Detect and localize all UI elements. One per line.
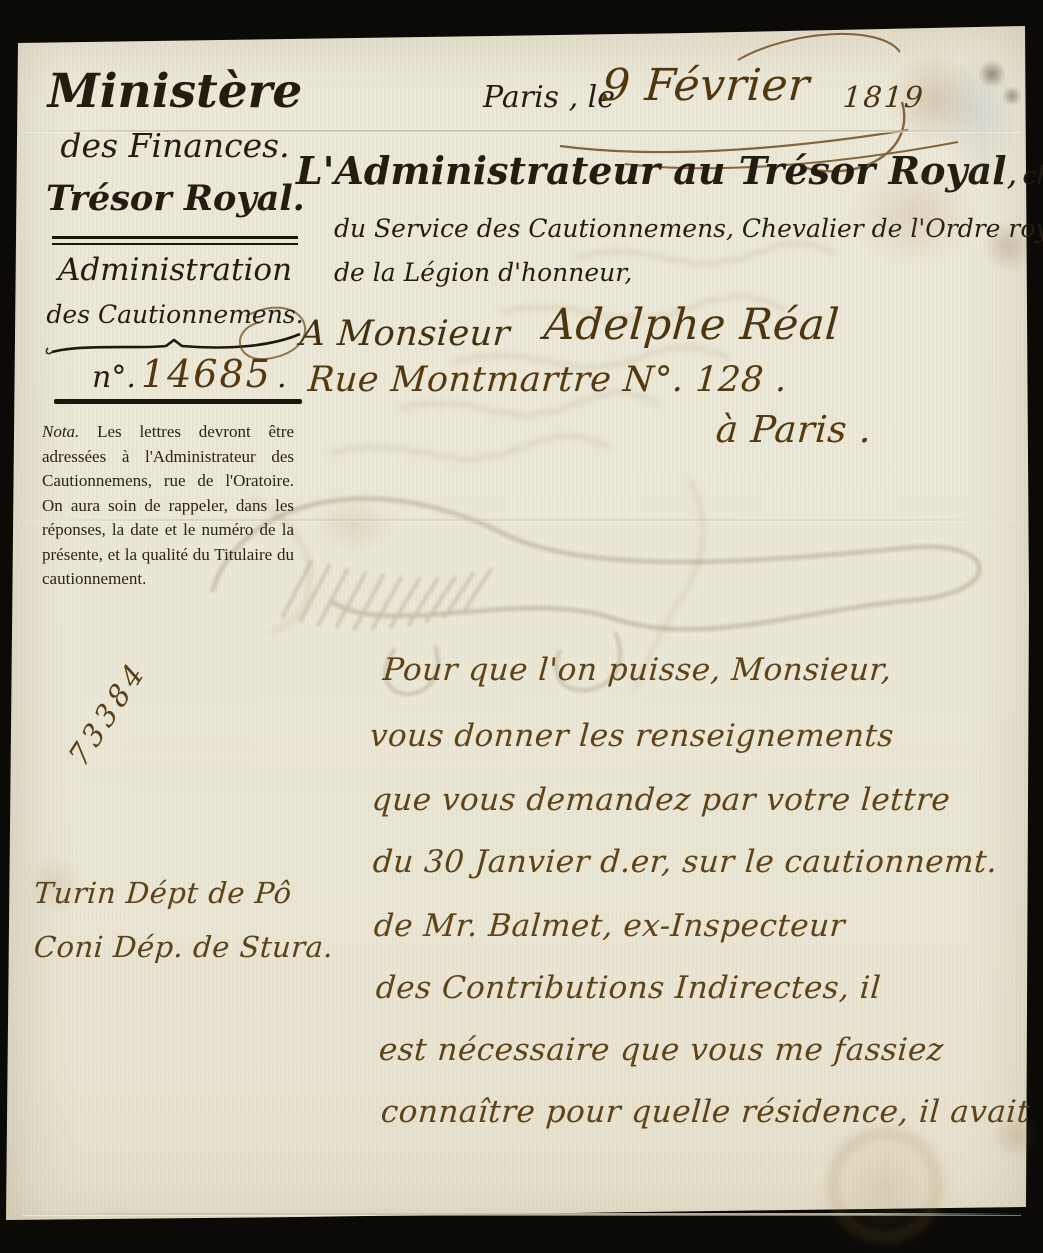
dateline-place-printed: Paris , le — [483, 80, 615, 115]
nota-text: Les lettres devront être adressées à l'A… — [42, 422, 294, 588]
title-main: L'Administrateur au Trésor Royal — [296, 148, 1007, 193]
title-line2: du Service des Cautionnemens, Chevalier … — [334, 214, 1043, 243]
nota-block: Nota. Les lettres devront être adressées… — [42, 420, 294, 592]
title-line3: de la Légion d'honneur, — [334, 258, 632, 287]
title-line1: L'Administrateur au Trésor Royal, chargé — [296, 148, 1043, 193]
letterhead-tresor-royal: Trésor Royal. — [46, 178, 304, 219]
recipient-name: Adelphe Réal — [542, 300, 841, 350]
body-line: de Mr. Balmet, ex-Inspecteur — [373, 908, 847, 944]
dossier-number-value: 14685 — [141, 352, 272, 396]
double-rule — [52, 236, 298, 245]
body-line: est nécessaire que vous me fassiez — [378, 1032, 945, 1068]
recipient-city: à Paris . — [714, 408, 873, 451]
recipient-salutation: A Monsieur — [299, 314, 512, 354]
margin-note-line2: Coni Dép. de Stura. — [33, 930, 335, 964]
thick-rule — [54, 399, 302, 404]
body-line: que vous demandez par votre lettre — [371, 782, 952, 818]
letterhead-administration: Administration — [46, 252, 304, 288]
dossier-number-line: n°. 14685 . — [92, 352, 286, 396]
dateline-handwritten: 9 Février — [600, 60, 811, 111]
letterhead-ministere: Ministère — [46, 64, 304, 119]
body-line: du 30 Janvier d.er, sur le cautionnemt. — [372, 844, 999, 880]
title-separator: , — [1007, 153, 1018, 193]
nota-lead: Nota. — [42, 422, 79, 441]
dossier-number-period: . — [277, 360, 287, 395]
dossier-number-label: n°. — [92, 360, 136, 395]
body-line: connaître pour quelle résidence, il avai… — [380, 1094, 1031, 1130]
letterhead-des-finances: des Finances. — [46, 126, 304, 165]
body-line: Pour que l'on puisse, Monsieur, — [382, 652, 893, 688]
dateline-year: 1819 — [842, 80, 926, 114]
letterhead-des-cautionnemens: des Cautionnemens. — [46, 300, 304, 329]
title-charge: chargé — [1022, 161, 1043, 190]
margin-note-line1: Turin Dépt de Pô — [33, 876, 293, 910]
scan-background: Ministère des Finances. Trésor Royal. Ad… — [0, 0, 1043, 1253]
recipient-street: Rue Montmartre N°. 128 . — [307, 360, 789, 400]
body-line: vous donner les renseignements — [369, 718, 895, 754]
body-line: des Contributions Indirectes, il — [375, 970, 882, 1006]
